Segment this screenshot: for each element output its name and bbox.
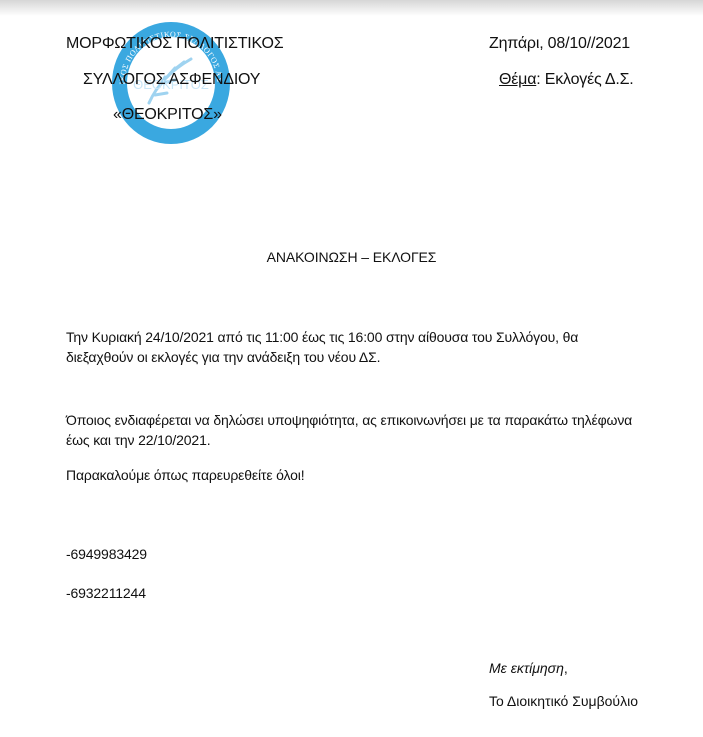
document-subject: Θέμα: Εκλογές Δ.Σ.	[499, 71, 634, 89]
subject-label: Θέμα	[499, 71, 536, 88]
signature: Το Διοικητικό Συμβούλιο	[489, 693, 638, 709]
viewer-top-shadow	[0, 0, 703, 16]
subject-value: : Εκλογές Δ.Σ.	[536, 71, 633, 88]
organization-name-line1: ΜΟΡΦΩΤΙΚΟΣ ΠΟΛΙΤΙΣΤΙΚΟΣ	[66, 35, 283, 53]
announcement-title: ΑΝΑΚΟΙΝΩΣΗ – ΕΚΛΟΓΕΣ	[0, 249, 703, 265]
organization-name-line3: «ΘΕΟΚΡΙΤΟΣ»	[113, 106, 222, 124]
closing-greeting-punct: ,	[564, 660, 568, 676]
candidacy-paragraph: Όποιος ενδιαφέρεται να δηλώσει υποψηφιότ…	[66, 410, 646, 450]
attendance-paragraph: Παρακαλούμε όπως παρευρεθείτε όλοι!	[66, 465, 646, 485]
phone-number: -6932211244	[66, 583, 646, 603]
closing-greeting-text: Με εκτίμηση	[489, 660, 564, 676]
closing-greeting: Με εκτίμηση,	[489, 660, 568, 676]
election-details-paragraph: Την Κυριακή 24/10/2021 από τις 11:00 έως…	[66, 327, 646, 367]
phone-number: -6949983429	[66, 544, 646, 564]
organization-name-line2: ΣΥΛΛΟΓΟΣ ΑΣΦΕΝΔΙΟΥ	[83, 71, 260, 89]
document-date: Ζηπάρι, 08/10//2021	[489, 35, 630, 53]
